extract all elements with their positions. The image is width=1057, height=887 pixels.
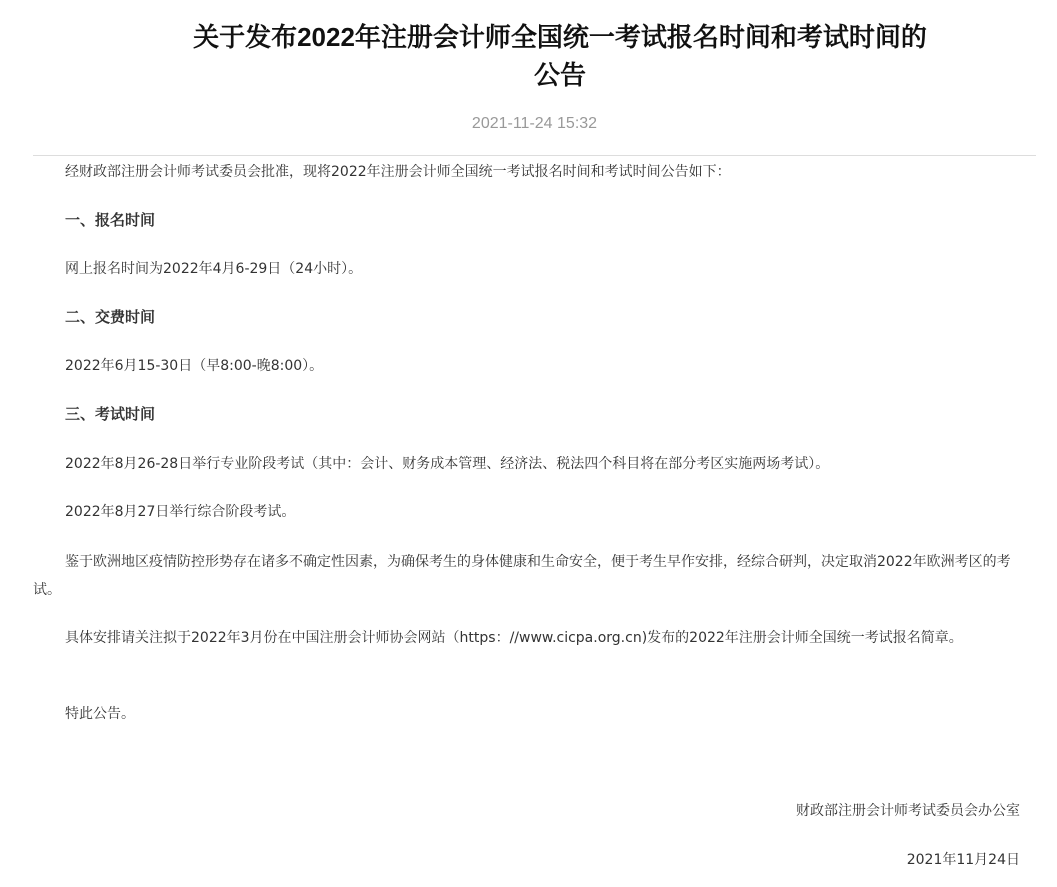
section-heading-exam: 三、考试时间	[33, 402, 1023, 426]
professional-exam-paragraph: 2022年8月26-28日举行专业阶段考试（其中：会计、财务成本管理、经济法、税…	[33, 452, 1023, 476]
signature-date: 2021年11月24日	[907, 849, 1020, 869]
signature-organization: 财政部注册会计师考试委员会办公室	[796, 800, 1020, 820]
details-notice-paragraph: 具体安排请关注拟于2022年3月份在中国注册会计师协会网站（https：//ww…	[33, 624, 1023, 652]
comprehensive-exam-paragraph: 2022年8月27日举行综合阶段考试。	[33, 500, 1023, 524]
article-title-line-2: 公告	[0, 56, 1057, 94]
publish-datetime: 2021-11-24 15:32	[0, 115, 1057, 133]
registration-time-paragraph: 网上报名时间为2022年4月6-29日（24小时）。	[33, 257, 1023, 281]
intro-paragraph: 经财政部注册会计师考试委员会批准，现将2022年注册会计师全国统一考试报名时间和…	[33, 160, 1023, 184]
article-title-line-1: 关于发布2022年注册会计师全国统一考试报名时间和考试时间的	[0, 18, 1057, 56]
europe-cancellation-paragraph: 鉴于欧洲地区疫情防控形势存在诸多不确定性因素，为确保考生的身体健康和生命安全，便…	[33, 548, 1023, 604]
section-heading-payment: 二、交费时间	[33, 305, 1023, 329]
closing-paragraph: 特此公告。	[33, 702, 1023, 726]
payment-time-paragraph: 2022年6月15-30日（早8:00-晚8:00）。	[33, 354, 1023, 378]
title-divider	[33, 155, 1036, 156]
article-title: 关于发布2022年注册会计师全国统一考试报名时间和考试时间的 公告	[0, 18, 1057, 94]
section-heading-registration: 一、报名时间	[33, 208, 1023, 232]
